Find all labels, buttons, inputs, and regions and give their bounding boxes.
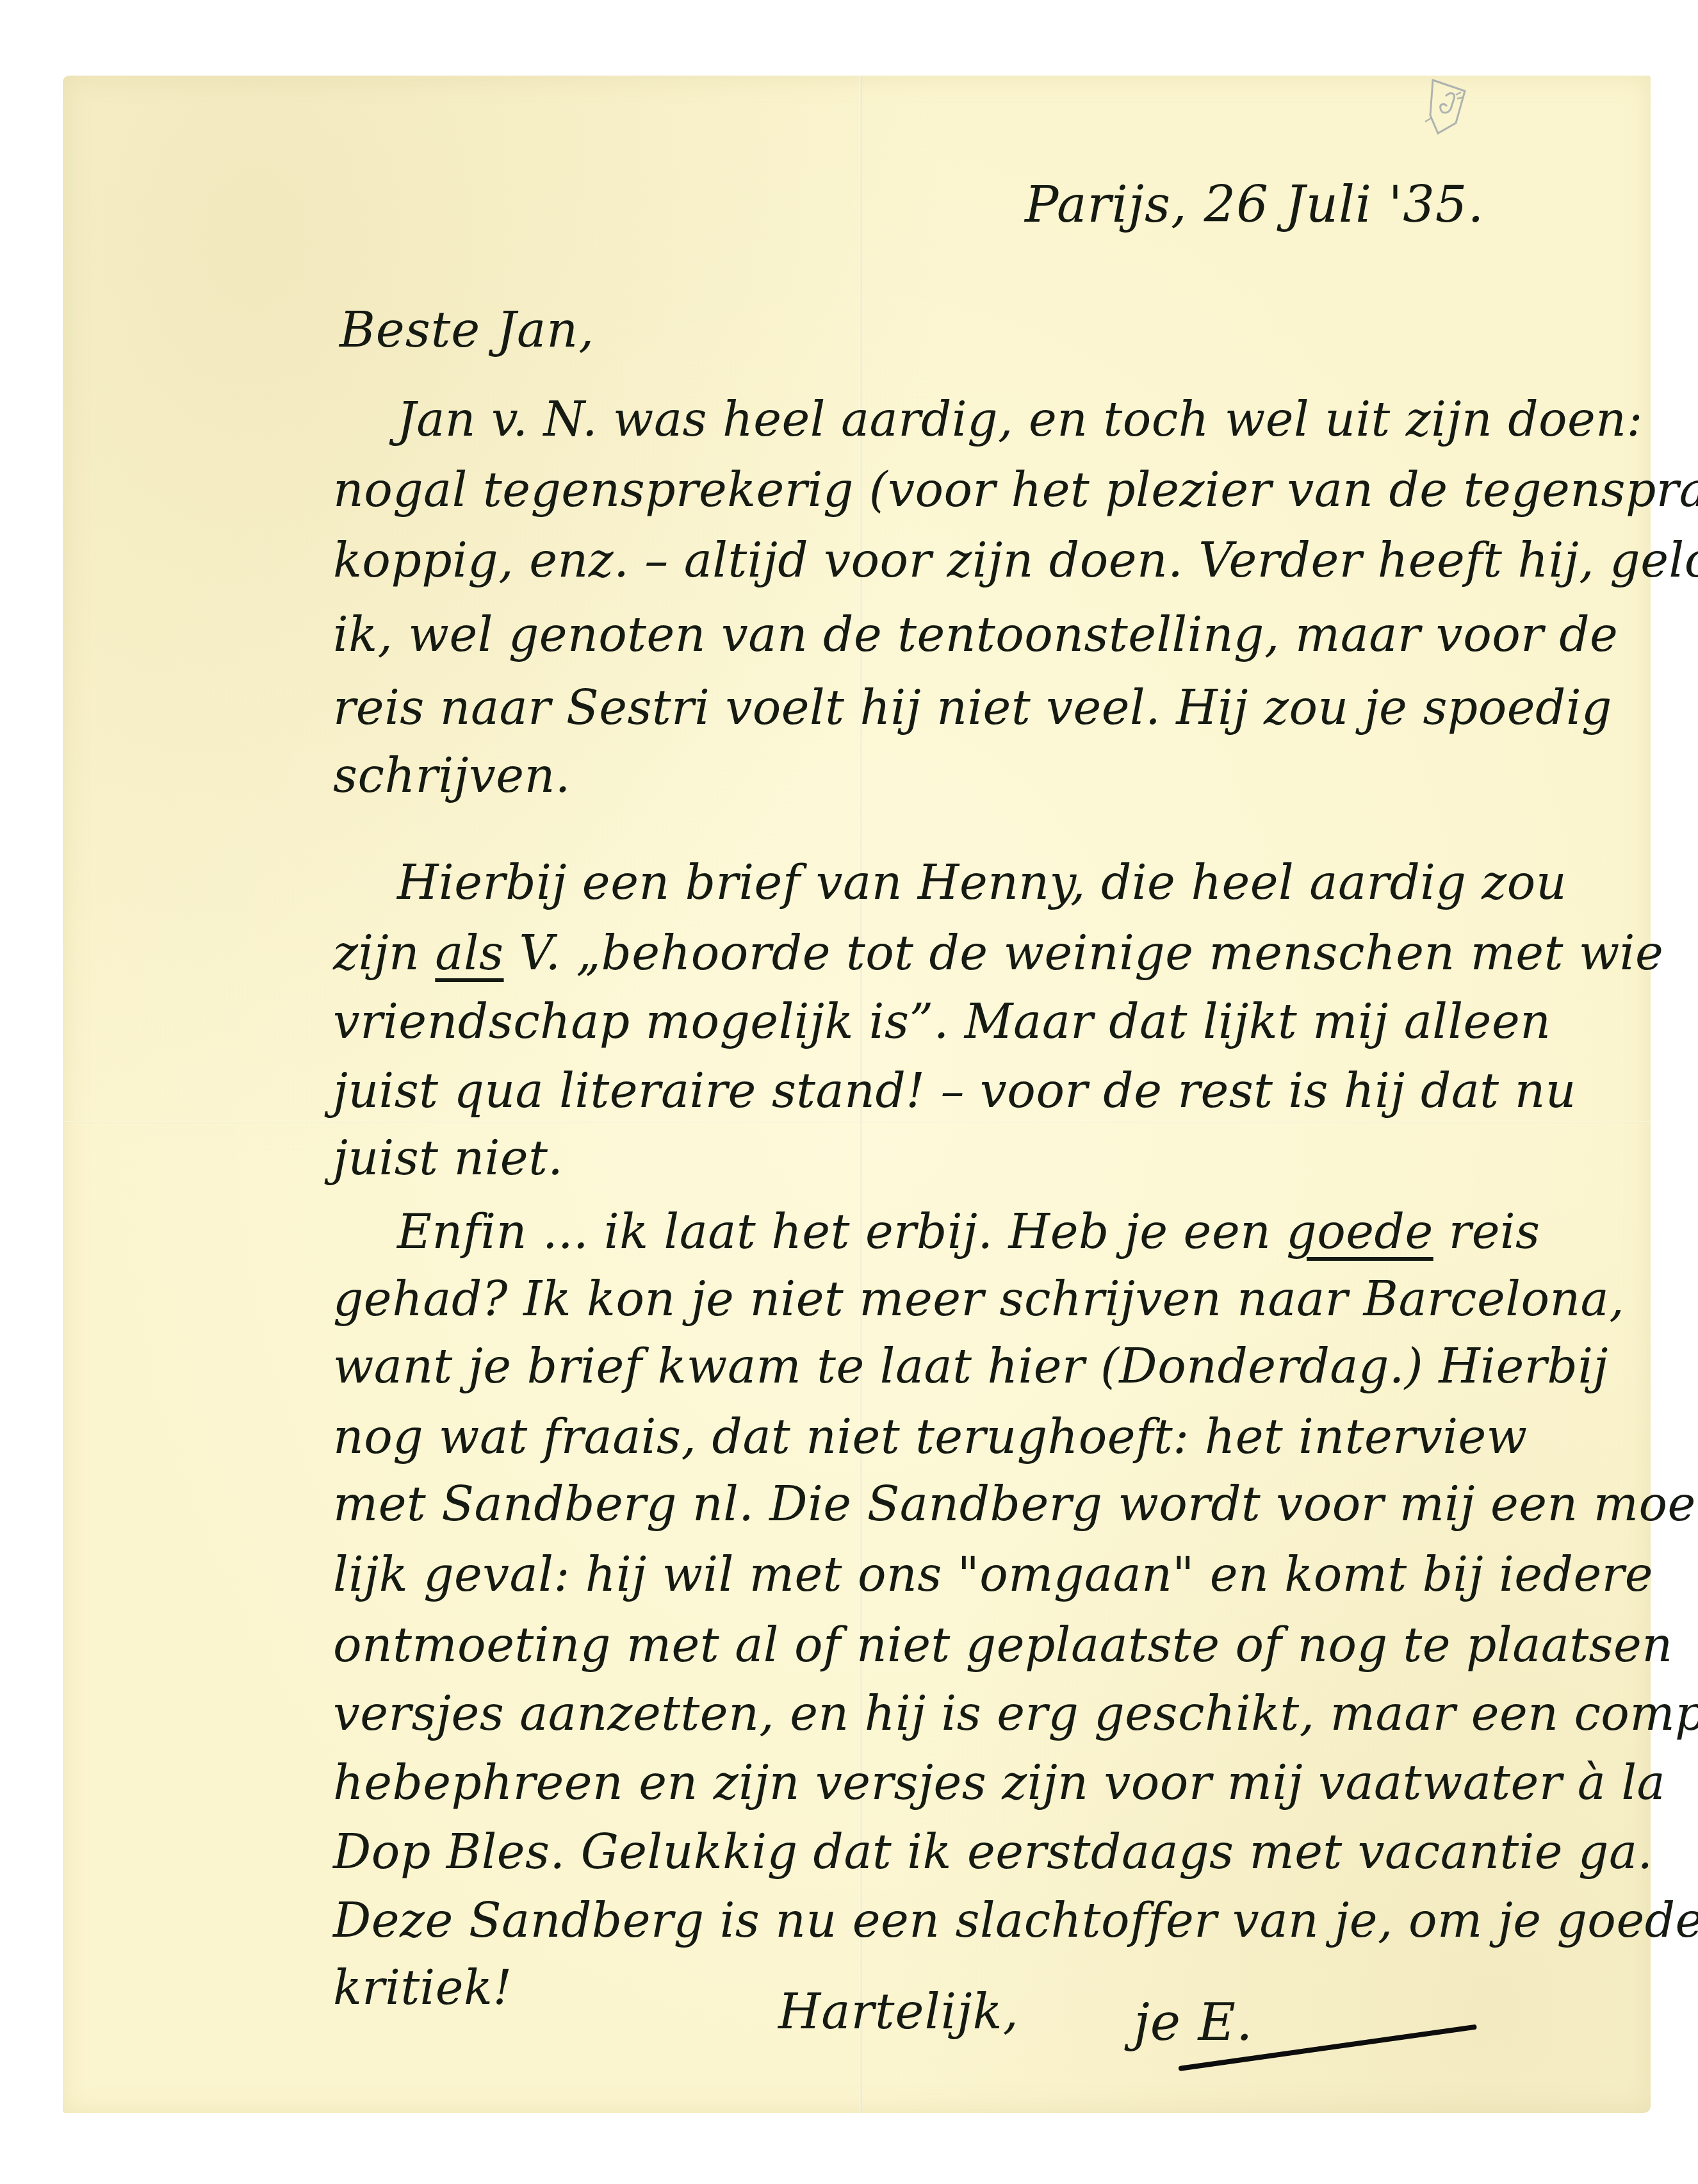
- body-line: Dop Bles. Gelukkig dat ik eerstdaags met…: [333, 1825, 1653, 1880]
- body-line: reis naar Sestri voelt hij niet veel. Hi…: [333, 680, 1612, 735]
- body-line: Deze Sandberg is nu een slachtoffer van …: [333, 1893, 1698, 1948]
- letter-salutation: Beste Jan,: [339, 301, 594, 358]
- body-line: nogal tegensprekerig (voor het plezier v…: [333, 463, 1698, 518]
- underlined-word: als: [435, 926, 503, 981]
- body-line: ik, wel genoten van de tentoonstelling, …: [333, 607, 1618, 662]
- body-line: versjes aanzetten, en hij is erg geschik…: [333, 1686, 1698, 1741]
- body-line: hebephreen en zijn versjes zijn voor mij…: [333, 1755, 1665, 1810]
- horizontal-fold-line: [63, 1121, 1651, 1122]
- shield-crest-stamp-icon: [1419, 77, 1470, 138]
- body-line: Jan v. N. was heel aardig, en toch wel u…: [397, 392, 1643, 447]
- body-line: met Sandberg nl. Die Sandberg wordt voor…: [333, 1477, 1698, 1532]
- letter-closing: Hartelijk,: [778, 1983, 1019, 2040]
- body-line: zijn als V. „behoorde tot de weinige men…: [333, 926, 1663, 981]
- body-line: ontmoeting met al of niet geplaatste of …: [333, 1618, 1673, 1673]
- letter-signature: je E.: [1134, 1992, 1253, 2052]
- body-line: juist qua literaire stand! – voor de res…: [333, 1063, 1576, 1119]
- letter-date: Parijs, 26 Juli '35.: [1025, 176, 1484, 234]
- body-line: nog wat fraais, dat niet terughoeft: het…: [333, 1409, 1528, 1465]
- body-line: vriendschap mogelijk is”. Maar dat lijkt…: [333, 994, 1551, 1049]
- body-line: Hierbij een brief van Henny, die heel aa…: [397, 855, 1567, 910]
- body-line: lijk geval: hij wil met ons "omgaan" en …: [333, 1547, 1653, 1602]
- body-line: Enfin ... ik laat het erbij. Heb je een …: [397, 1204, 1540, 1260]
- body-line: want je brief kwam te laat hier (Donderd…: [333, 1339, 1608, 1394]
- body-line: juist niet.: [333, 1131, 563, 1186]
- body-line: gehad? Ik kon je niet meer schrijven naa…: [333, 1272, 1624, 1327]
- body-line: schrijven.: [333, 748, 571, 803]
- underlined-word: goede: [1286, 1204, 1433, 1260]
- body-line: koppig, enz. – altijd voor zijn doen. Ve…: [333, 533, 1698, 588]
- body-line: kritiek!: [333, 1960, 512, 2016]
